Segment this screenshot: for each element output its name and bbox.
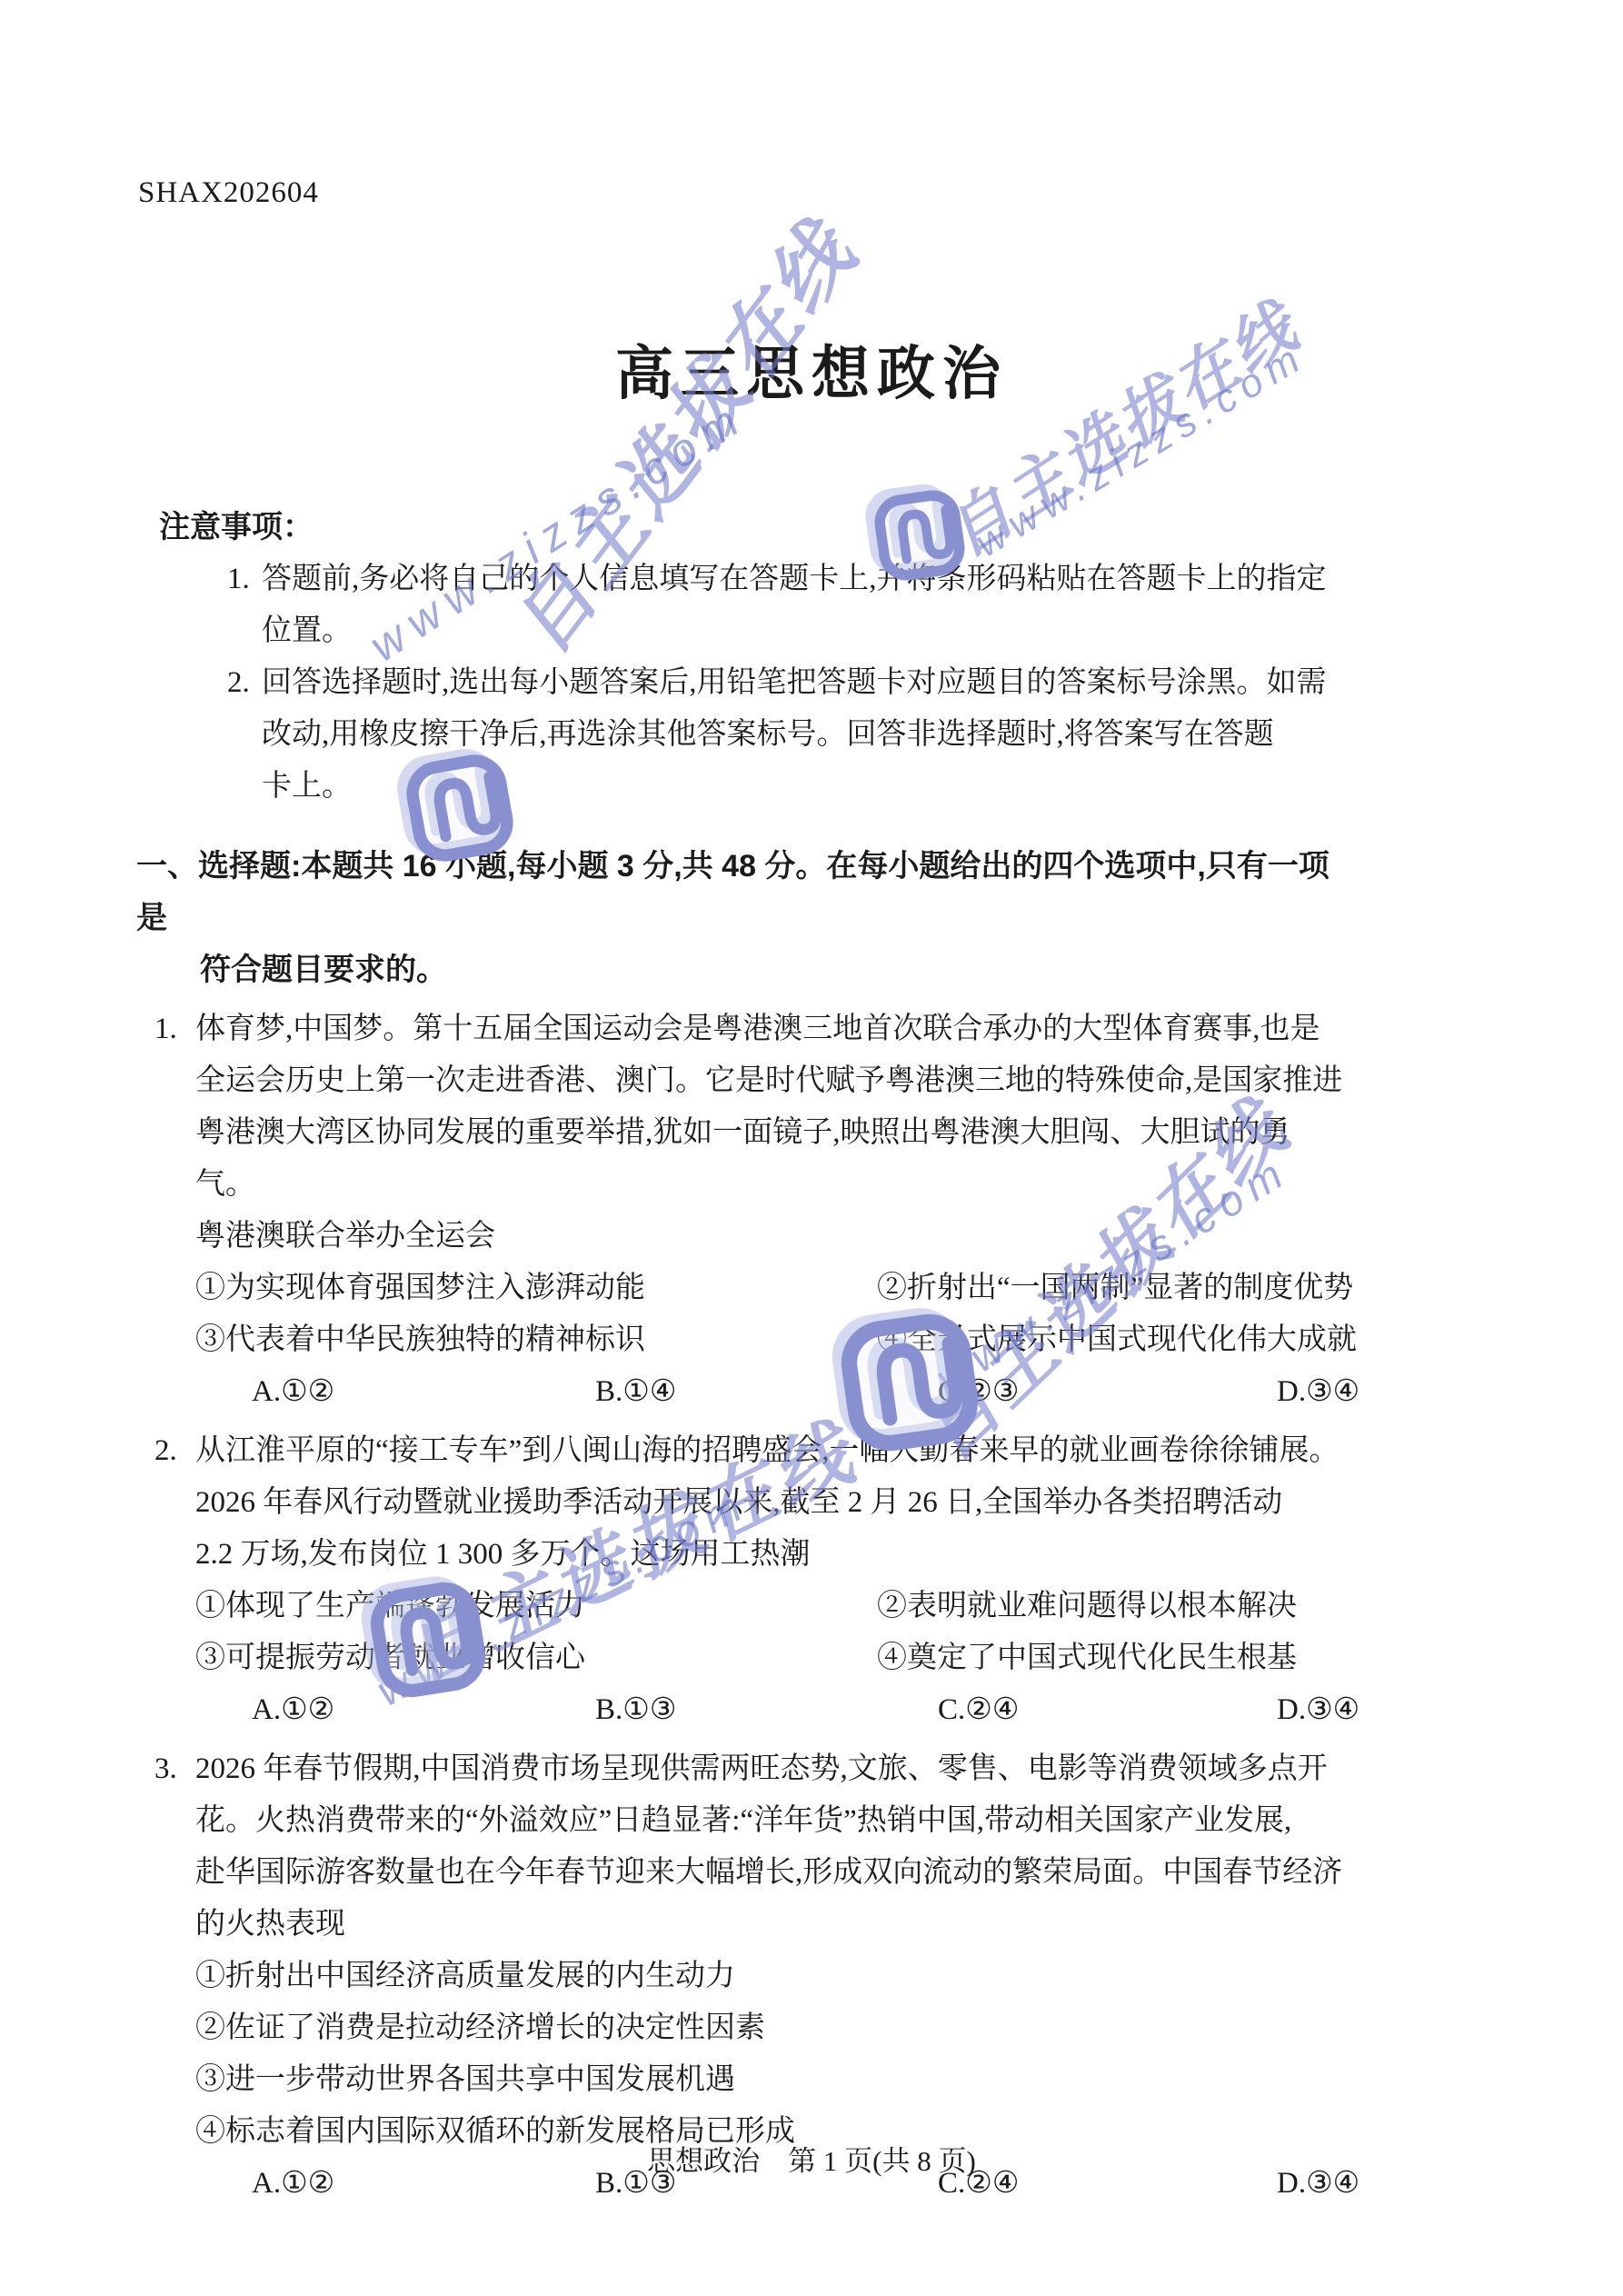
notice-line: 答题前,务必将自己的个人信息填写在答题卡上,并将条形码粘贴在答题卡上的指定 bbox=[262, 554, 1345, 605]
question-2: 2. 从江淮平原的“接工专车”到八闽山海的招聘盛会,一幅人勤春来早的就业画卷徐徐… bbox=[136, 1425, 1345, 1736]
option-item-4: ④奠定了中国式现代化民生根基 bbox=[877, 1632, 1345, 1684]
option-item-3: ③可提振劳动者就业增收信心 bbox=[195, 1632, 877, 1684]
option-item-1: ①体现了生产端蓬勃发展活力 bbox=[195, 1581, 877, 1632]
answer-choice-d: D.③④ bbox=[1277, 1366, 1359, 1418]
notice-line: 回答选择题时,选出每小题答案后,用铅笔把答题卡对应题目的答案标号涂黑。如需 bbox=[262, 657, 1345, 709]
stem-line: 粤港澳联合举办全运会 bbox=[195, 1211, 1345, 1263]
answer-choice-c: C.②④ bbox=[938, 1684, 1019, 1736]
option-item-2: ②表明就业难问题得以根本解决 bbox=[877, 1581, 1345, 1632]
options-row: ③可提振劳动者就业增收信心 ④奠定了中国式现代化民生根基 bbox=[195, 1632, 1345, 1684]
answer-choice-d: D.③④ bbox=[1277, 1684, 1359, 1736]
page-footer: 思想政治 第 1 页(共 8 页) bbox=[0, 2138, 1623, 2179]
question-number: 1. bbox=[154, 1003, 177, 1055]
question-area: 一、选择题:本题共 16 小题,每小题 3 分,共 48 分。在每小题给出的四个… bbox=[136, 841, 1345, 2210]
option-item-2: ②佐证了消费是拉动经济增长的决定性因素 bbox=[195, 2002, 1345, 2054]
options-row: ①体现了生产端蓬勃发展活力 ②表明就业难问题得以根本解决 bbox=[195, 1581, 1345, 1632]
paper-code: SHAX202604 bbox=[138, 176, 319, 210]
answer-choice-c: C.②③ bbox=[938, 1366, 1019, 1418]
stem-line: 全运会历史上第一次走进香港、澳门。它是时代赋予粤港澳三地的特殊使命,是国家推进 bbox=[195, 1055, 1345, 1107]
section-header-line-2: 符合题目要求的。 bbox=[136, 944, 1345, 996]
answer-choice-b: B.①④ bbox=[595, 1366, 676, 1418]
stem-line: 赴华国际游客数量也在今年春节迎来大幅增长,形成双向流动的繁荣局面。中国春节经济 bbox=[195, 1847, 1345, 1899]
notice-block: 注意事项： 1. 答题前,务必将自己的个人信息填写在答题卡上,并将条形码粘贴在答… bbox=[136, 502, 1345, 813]
notice-item-number: 1. bbox=[227, 554, 250, 605]
paper-title: 高三思想政治 bbox=[0, 327, 1623, 411]
answer-row: A.①② B.①③ C.②④ D.③④ bbox=[195, 1684, 1345, 1736]
section-header-line-1: 一、选择题:本题共 16 小题,每小题 3 分,共 48 分。在每小题给出的四个… bbox=[136, 841, 1345, 944]
question-number: 3. bbox=[154, 1743, 177, 1795]
stem-line: 2.2 万场,发布岗位 1 300 多万个。这场用工热潮 bbox=[195, 1529, 1345, 1581]
options-row: ①为实现体育强国梦注入澎湃动能 ②折射出“一国两制”显著的制度优势 bbox=[195, 1263, 1345, 1314]
stem-line: 花。火热消费带来的“外溢效应”日趋显著:“洋年货”热销中国,带动相关国家产业发展… bbox=[195, 1795, 1345, 1847]
notice-item-number: 2. bbox=[227, 657, 250, 709]
notice-line: 位置。 bbox=[262, 605, 1345, 657]
stem-line: 的火热表现 bbox=[195, 1899, 1345, 1951]
answer-row: A.①② B.①④ C.②③ D.③④ bbox=[195, 1366, 1345, 1418]
question-number: 2. bbox=[154, 1425, 177, 1477]
answer-choice-a: A.①② bbox=[252, 1366, 334, 1418]
option-item-2: ②折射出“一国两制”显著的制度优势 bbox=[877, 1263, 1353, 1314]
stem-line: 粤港澳大湾区协同发展的重要举措,犹如一面镜子,映照出粤港澳大胆闯、大胆试的勇气。 bbox=[195, 1107, 1345, 1211]
options-row: ③代表着中华民族独特的精神标识 ④全景式展示中国式现代化伟大成就 bbox=[195, 1314, 1345, 1366]
notice-header: 注意事项： bbox=[136, 502, 1345, 554]
exam-paper-page: SHAX202604 高三思想政治 注意事项： 1. 答题前,务必将自己的个人信… bbox=[0, 0, 1623, 2296]
option-item-3: ③进一步带动世界各国共享中国发展机遇 bbox=[195, 2054, 1345, 2106]
option-item-1: ①为实现体育强国梦注入澎湃动能 bbox=[195, 1263, 877, 1314]
answer-choice-a: A.①② bbox=[252, 1684, 334, 1736]
notice-item-2: 2. 回答选择题时,选出每小题答案后,用铅笔把答题卡对应题目的答案标号涂黑。如需… bbox=[136, 657, 1345, 813]
answer-choice-b: B.①③ bbox=[595, 1684, 676, 1736]
stem-line: 体育梦,中国梦。第十五届全国运动会是粤港澳三地首次联合承办的大型体育赛事,也是 bbox=[195, 1003, 1345, 1055]
notice-line: 卡上。 bbox=[262, 761, 1345, 813]
stem-line: 2026 年春节假期,中国消费市场呈现供需两旺态势,文旅、零售、电影等消费领域多… bbox=[195, 1743, 1345, 1795]
option-item-3: ③代表着中华民族独特的精神标识 bbox=[195, 1314, 877, 1366]
question-1: 1. 体育梦,中国梦。第十五届全国运动会是粤港澳三地首次联合承办的大型体育赛事,… bbox=[136, 1003, 1345, 1418]
stem-line: 从江淮平原的“接工专车”到八闽山海的招聘盛会,一幅人勤春来早的就业画卷徐徐铺展。 bbox=[195, 1425, 1345, 1477]
option-item-4: ④全景式展示中国式现代化伟大成就 bbox=[877, 1314, 1357, 1366]
option-item-1: ①折射出中国经济高质量发展的内生动力 bbox=[195, 1951, 1345, 2002]
stem-line: 2026 年春风行动暨就业援助季活动开展以来,截至 2 月 26 日,全国举办各… bbox=[195, 1477, 1345, 1529]
notice-line: 改动,用橡皮擦干净后,再选涂其他答案标号。回答非选择题时,将答案写在答题 bbox=[262, 709, 1345, 761]
notice-item-1: 1. 答题前,务必将自己的个人信息填写在答题卡上,并将条形码粘贴在答题卡上的指定… bbox=[136, 554, 1345, 657]
